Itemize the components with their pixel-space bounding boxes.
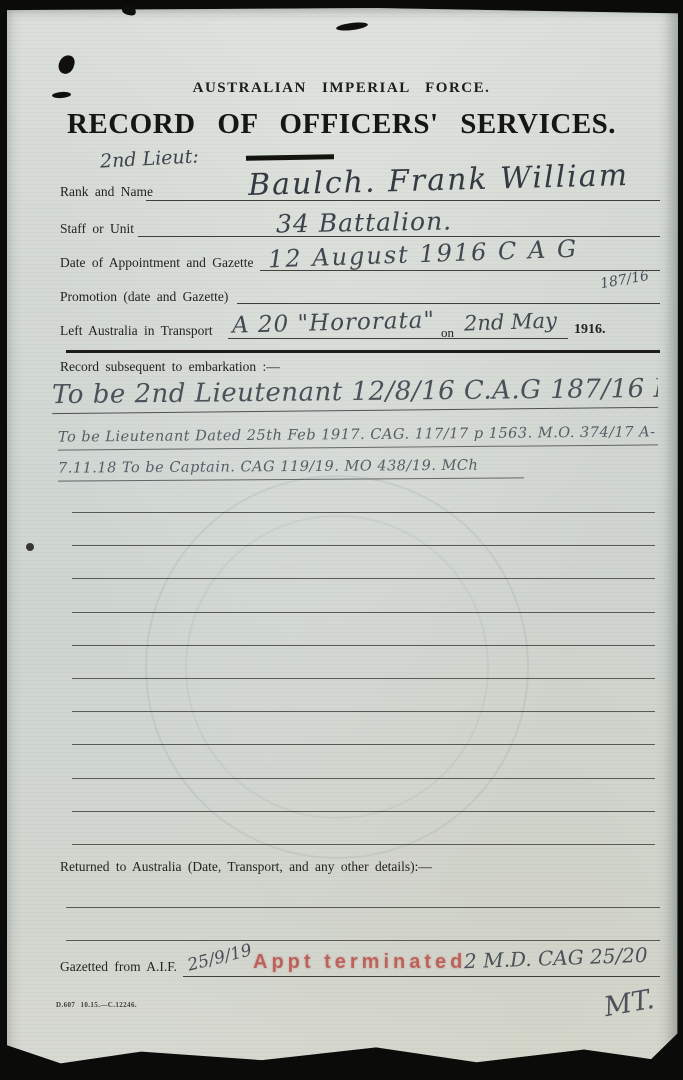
rank-name-label: Rank and Name: [60, 184, 153, 200]
form-title: RECORD OF OFFICERS' SERVICES.: [0, 108, 683, 141]
record-entry: To be 2nd Lieutenant 12/8/16 C.A.G 187/1…: [52, 374, 658, 414]
transport-line: [228, 338, 568, 339]
blank-ruled-line: [72, 678, 655, 679]
gazetted-date: 25/9/19: [186, 940, 254, 975]
rank-name-line: [146, 200, 660, 201]
paper-blemish: [121, 5, 137, 17]
appointment-label: Date of Appointment and Gazette: [60, 255, 253, 271]
force-title: AUSTRALIAN IMPERIAL FORCE.: [0, 80, 683, 97]
paper-blemish: [26, 543, 34, 551]
appointment-value: 12 August 1916 C A G: [268, 235, 579, 274]
form-print-code: D.607 10.15.—C.12246.: [56, 1001, 137, 1009]
paper-blemish: [336, 21, 369, 32]
scanned-document-page: AUSTRALIAN IMPERIAL FORCE. RECORD OF OFF…: [0, 0, 683, 1080]
appt-terminated-stamp: Appt terminated: [253, 951, 466, 974]
returned-blank-lines: [66, 907, 660, 941]
blank-ruled-line: [72, 844, 655, 845]
gazetted-label: Gazetted from A.I.F.: [60, 959, 177, 975]
record-entry: 7.11.18 To be Captain. CAG 119/19. MO 43…: [58, 457, 524, 481]
blank-ruled-line: [66, 940, 660, 941]
gazetted-line: [183, 976, 660, 977]
blank-ruled-line: [72, 811, 655, 812]
record-entry: To be Lieutenant Dated 25th Feb 1917. CA…: [58, 424, 658, 450]
appointment-gazette-no: 187/16: [599, 268, 650, 292]
staff-unit-label: Staff or Unit: [60, 221, 134, 237]
promotion-label: Promotion (date and Gazette): [60, 289, 228, 305]
blank-ruled-line: [72, 545, 655, 546]
transport-label: Left Australia in Transport: [60, 323, 213, 339]
redaction-mark: [246, 154, 334, 161]
blank-ruled-line: [72, 744, 655, 745]
gazetted-note: 2 M.D. CAG 25/20: [464, 943, 648, 973]
record-heading: Record subsequent to embarkation :—: [60, 359, 280, 375]
staff-unit-value: 34 Battalion.: [276, 206, 453, 238]
document-content: AUSTRALIAN IMPERIAL FORCE. RECORD OF OFF…: [0, 0, 683, 1080]
blank-ruled-line: [72, 645, 655, 646]
section-divider-rule: [66, 350, 660, 353]
blank-ruled-line: [72, 512, 655, 513]
transport-year: 1916.: [574, 322, 606, 338]
transport-date: 2nd May: [464, 308, 558, 335]
transport-on-label: on: [441, 325, 454, 341]
paper-blemish: [56, 53, 76, 76]
returned-label: Returned to Australia (Date, Transport, …: [60, 859, 432, 875]
blank-ruled-line: [66, 907, 660, 908]
blank-ruled-line: [72, 778, 655, 779]
rank-annotation: 2nd Lieut:: [99, 145, 199, 172]
rank-name-value: Baulch. Frank William: [248, 158, 630, 203]
blank-ruled-line: [72, 711, 655, 712]
blank-ruled-line: [72, 578, 655, 579]
record-blank-lines: [72, 512, 655, 845]
promotion-line: [237, 303, 660, 304]
blank-ruled-line: [72, 612, 655, 613]
transport-value: A 20 "Hororata": [232, 307, 436, 338]
clerk-initials: MT.: [602, 984, 657, 1023]
